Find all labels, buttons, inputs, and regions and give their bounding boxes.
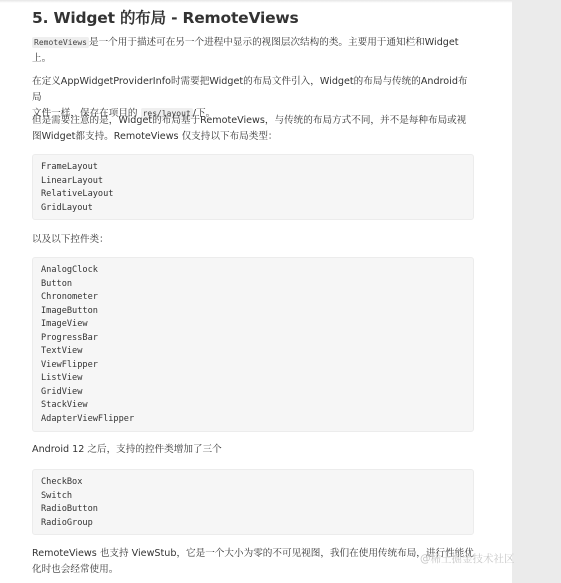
code-block-android12-widgets: CheckBox Switch RadioButton RadioGroup bbox=[32, 469, 474, 535]
code-block-layouts: FrameLayout LinearLayout RelativeLayout … bbox=[32, 154, 474, 220]
document-page: 5. Widget 的布局 - RemoteViews RemoteViews是… bbox=[0, 0, 512, 583]
watermark: @稀土掘金技术社区 bbox=[420, 551, 515, 566]
paragraph-remoteviews-intro: RemoteViews是一个用于描述可在另一个进程中显示的视图层次结构的类。主要… bbox=[32, 35, 474, 67]
code-block-widgets: AnalogClock Button Chronometer ImageButt… bbox=[32, 257, 474, 432]
paragraph-supported-layouts: 但是需要注意的是，Widget的布局基于RemoteViews，与传统的布局方式… bbox=[32, 113, 474, 145]
top-edge bbox=[0, 0, 512, 3]
paragraph-android12: Android 12 之后，支持的控件类增加了三个 bbox=[32, 442, 474, 458]
paragraph-widget-classes: 以及以下控件类： bbox=[32, 232, 474, 248]
page-side-margin bbox=[512, 0, 561, 583]
section-heading: 5. Widget 的布局 - RemoteViews bbox=[32, 6, 299, 28]
paragraph-viewstub: RemoteViews 也支持 ViewStub，它是一个大小为零的不可见视图，… bbox=[32, 546, 474, 578]
inline-code-remoteviews: RemoteViews bbox=[32, 37, 89, 48]
